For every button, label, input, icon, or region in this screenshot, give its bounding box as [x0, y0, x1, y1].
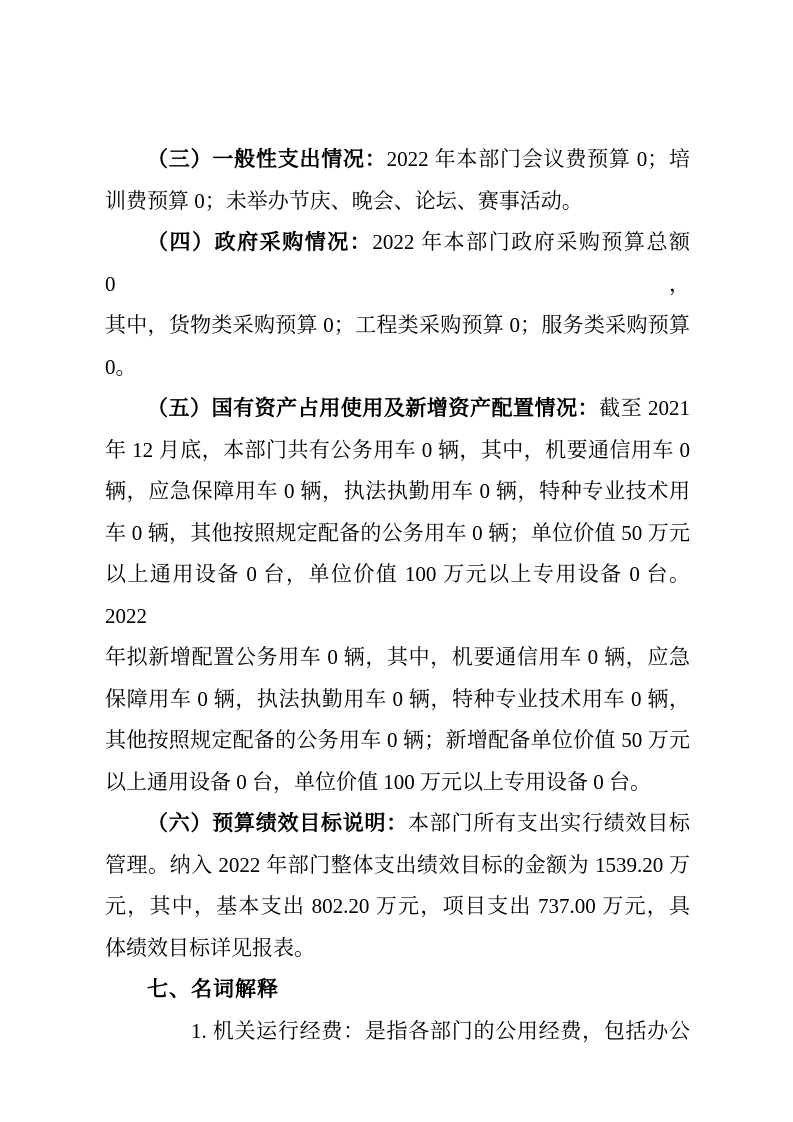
section-5-line-8: 其他按照规定配备的公务用车 0 辆；新增配备单位价值 50 万元: [105, 720, 690, 762]
term-item-1: 1. 机关运行经费：是指各部门的公用经费，包括办公: [105, 1011, 690, 1053]
section-4-line-3: 0。: [105, 347, 690, 389]
section-5-line-3: 辆，应急保障用车 0 辆，执法执勤用车 0 辆，特种专业技术用: [105, 471, 690, 513]
section-6-line-3: 元，其中，基本支出 802.20 万元，项目支出 737.00 万元，具: [105, 886, 690, 928]
section-5-line-2: 年 12 月底，本部门共有公务用车 0 辆，其中，机要通信用车 0: [105, 430, 690, 472]
section-5-line-7: 保障用车 0 辆，执法执勤用车 0 辆，特种专业技术用车 0 辆，: [105, 679, 690, 721]
section-3-head: （三）一般性支出情况：: [147, 147, 387, 171]
section-6-rest: 本部门所有支出实行绩效目标: [408, 811, 690, 835]
section-5-line-6: 年拟新增配置公务用车 0 辆，其中，机要通信用车 0 辆，应急: [105, 637, 690, 679]
section-4-line-2: 其中，货物类采购预算 0；工程类采购预算 0；服务类采购预算: [105, 305, 690, 347]
section-3-rest: 2022 年本部门会议费预算 0；培: [387, 147, 690, 171]
section-6-head: （六）预算绩效目标说明：: [147, 811, 408, 835]
section-4-line-1: （四）政府采购情况：2022 年本部门政府采购预算总额 0，: [105, 222, 690, 305]
section-3-line-2: 训费预算 0；未举办节庆、晚会、论坛、赛事活动。: [105, 181, 690, 223]
document-page: （三）一般性支出情况：2022 年本部门会议费预算 0；培 训费预算 0；未举办…: [0, 0, 793, 1122]
section-5-head: （五）国有资产占用使用及新增资产配置情况：: [147, 396, 599, 420]
section-5-rest: 截至 2021: [599, 396, 690, 420]
section-4-head: （四）政府采购情况：: [147, 230, 372, 254]
text-block: （三）一般性支出情况：2022 年本部门会议费预算 0；培 训费预算 0；未举办…: [105, 139, 690, 1052]
section-6-line-1: （六）预算绩效目标说明：本部门所有支出实行绩效目标: [105, 803, 690, 845]
section-5-line-4: 车 0 辆，其他按照规定配备的公务用车 0 辆；单位价值 50 万元: [105, 513, 690, 555]
heading-section-7: 七、名词解释: [105, 969, 690, 1011]
section-5-line-1: （五）国有资产占用使用及新增资产配置情况：截至 2021: [105, 388, 690, 430]
section-5-line-5: 以上通用设备 0 台，单位价值 100 万元以上专用设备 0 台。2022: [105, 554, 690, 637]
section-6-line-4: 体绩效目标详见报表。: [105, 928, 690, 970]
section-6-line-2: 管理。纳入 2022 年部门整体支出绩效目标的金额为 1539.20 万: [105, 845, 690, 887]
section-5-line-9: 以上通用设备 0 台，单位价值 100 万元以上专用设备 0 台。: [105, 762, 690, 804]
section-3-line-1: （三）一般性支出情况：2022 年本部门会议费预算 0；培: [105, 139, 690, 181]
